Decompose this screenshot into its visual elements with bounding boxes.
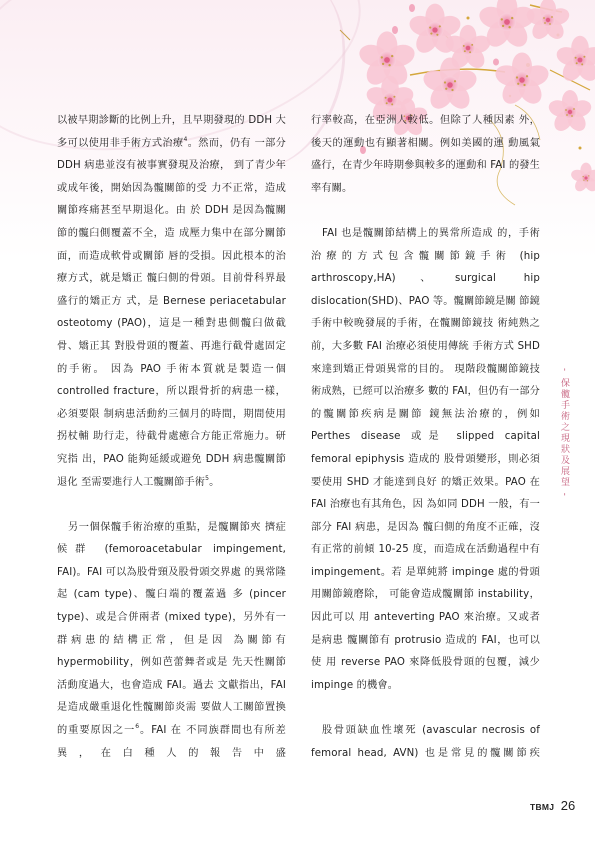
body-paragraph: 行率較高，在亞洲人較低。但除了人種因素 外，後天的運動也有顯著相關。例如美國的運…	[311, 110, 540, 200]
paragraph-gap	[311, 697, 540, 720]
body-paragraph: 股骨頭缺血性壞死 (avascular necrosis of femoral …	[311, 720, 540, 765]
page-footer: TBMJ 26	[530, 797, 575, 815]
paragraph-gap	[311, 200, 540, 223]
body-paragraph: FAI 也是髖關節結構上的異常所造成 的，手術治療的方式包含髖關節鏡手術 (hi…	[311, 223, 540, 697]
running-section-title: - 保髖手術之現狀及展望 -	[557, 368, 571, 498]
journal-name: TBMJ	[530, 802, 554, 812]
paragraph-gap	[57, 494, 286, 517]
body-paragraph: 以被早期診斷的比例上升，且早期發現的 DDH 大多可以使用非手術方式治療4。然而…	[57, 110, 286, 494]
page-number: 26	[561, 798, 575, 813]
left-text-column: 以被早期診斷的比例上升，且早期發現的 DDH 大多可以使用非手術方式治療4。然而…	[57, 110, 286, 765]
body-paragraph: 另一個保髖手術治療的重點，是髖關節夾 擠症候群 (femoroacetabula…	[57, 517, 286, 766]
right-text-column: 行率較高，在亞洲人較低。但除了人種因素 外，後天的運動也有顯著相關。例如美國的運…	[311, 110, 540, 765]
